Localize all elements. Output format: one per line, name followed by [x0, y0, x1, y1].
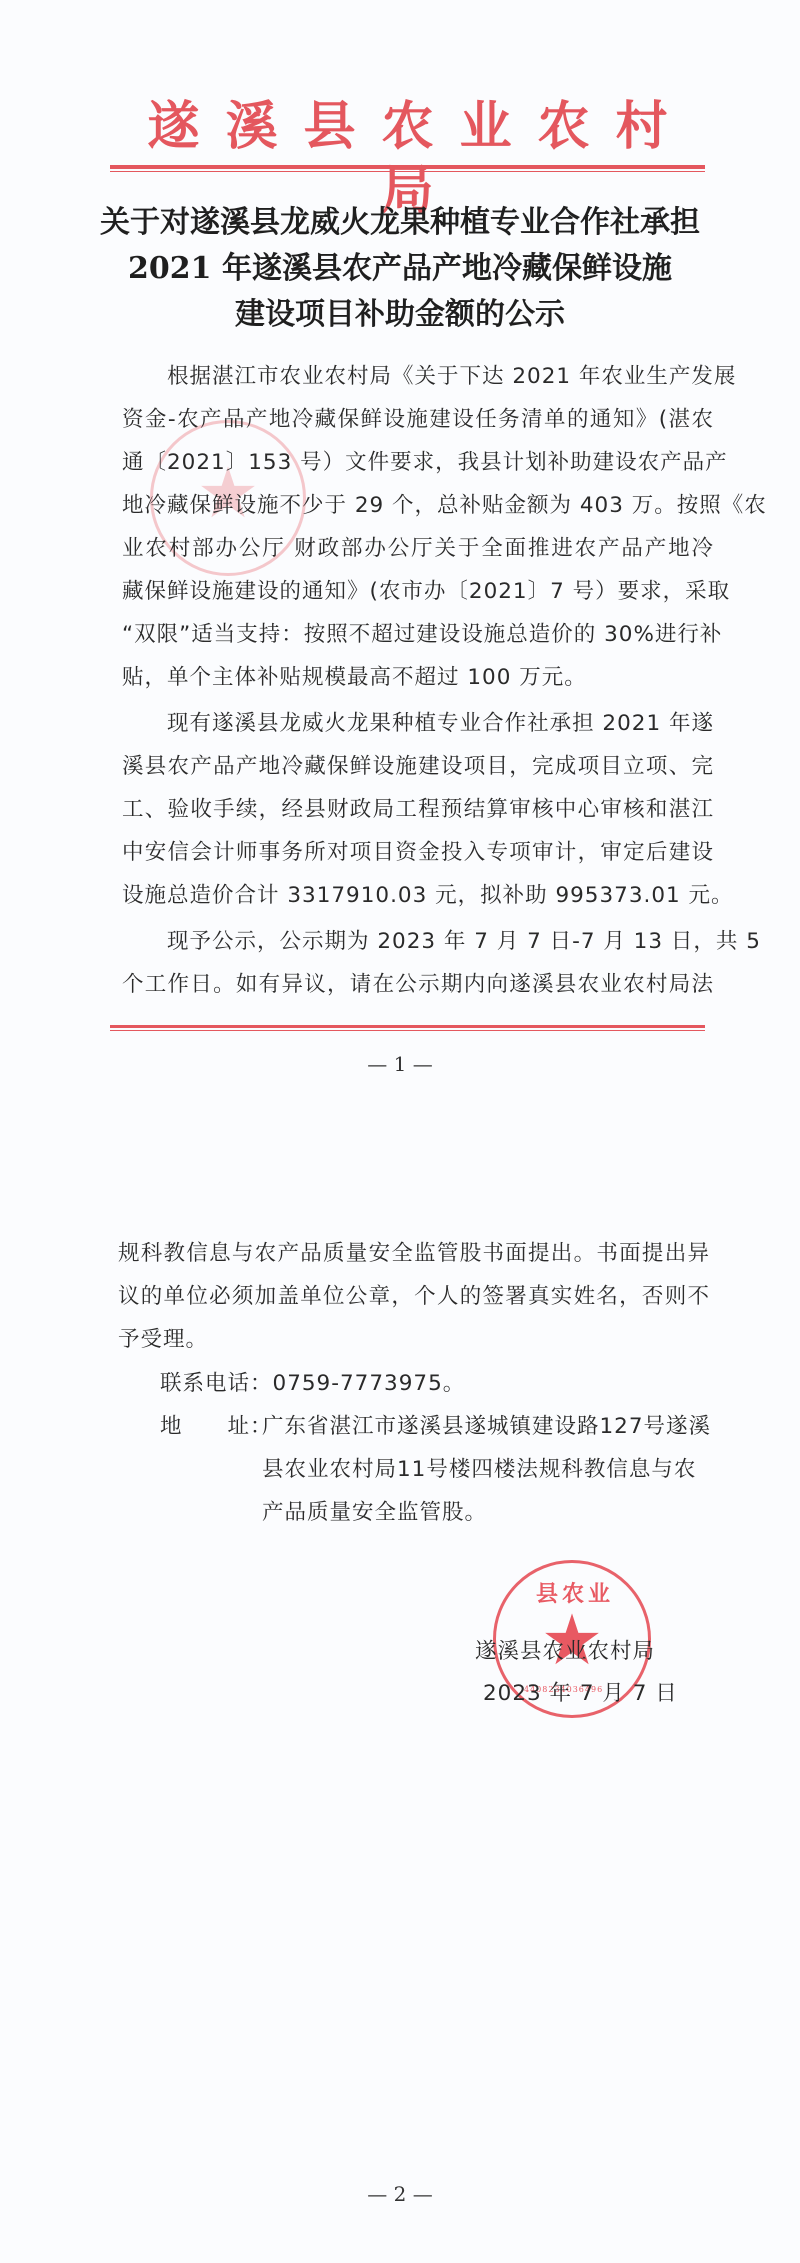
phone-label: 联系电话：	[160, 1371, 273, 1396]
body-line: 业农村部办公厅 财政部办公厅关于全面推进农产品产地冷	[122, 527, 714, 570]
body-line: 中安信会计师事务所对项目资金投入专项审计，审定后建设	[122, 831, 714, 874]
document-title: 关于对遂溪县龙威火龙果种植专业合作社承担 2021 年遂溪县农产品产地冷藏保鲜设…	[80, 200, 720, 338]
signature-date: 2023 年 7 月 7 日	[483, 1674, 678, 1714]
address-line: 县农业农村局11号楼四楼法规科教信息与农	[262, 1450, 696, 1490]
body-line: 予受理。	[118, 1318, 710, 1361]
body-line: 溪县农产品产地冷藏保鲜设施建设项目，完成项目立项、完	[122, 745, 714, 788]
body-line: “双限”适当支持：按照不超过建设设施总造价的 30%进行补	[122, 613, 714, 656]
body-line: 贴，单个主体补贴规模最高不超过 100 万元。	[122, 656, 714, 699]
body-line: 根据湛江市农业农村局《关于下达 2021 年农业生产发展	[122, 355, 714, 398]
body-line: 通〔2021〕153 号）文件要求，我县计划补助建设农产品产	[122, 441, 714, 484]
body-line: 规科教信息与农产品质量安全监管股书面提出。书面提出异	[118, 1232, 710, 1275]
title-line-3: 建设项目补助金额的公示	[80, 292, 720, 338]
body-line: 现予公示，公示期为 2023 年 7 月 7 日-7 月 13 日，共 5	[122, 920, 714, 963]
body-line: 藏保鲜设施建设的通知》(农市办〔2021〕7 号）要求，采取	[122, 570, 714, 613]
title-line-2: 2021 年遂溪县农产品产地冷藏保鲜设施	[80, 246, 720, 292]
contact-phone: 联系电话：0759-7773975。	[160, 1364, 465, 1404]
page-number: — 1 —	[0, 1052, 800, 1076]
page-number: — 2 —	[0, 2182, 800, 2206]
body-line: 地冷藏保鲜设施不少于 29 个，总补贴金额为 403 万。按照《农	[122, 484, 714, 527]
address-line: 产品质量安全监管股。	[262, 1493, 487, 1533]
address-line: 广东省湛江市遂溪县遂城镇建设路127号遂溪	[262, 1407, 711, 1447]
body-line: 议的单位必须加盖单位公章，个人的签署真实姓名，否则不	[118, 1275, 710, 1318]
body-line: 资金-农产品产地冷藏保鲜设施建设任务清单的通知》(湛农	[122, 398, 714, 441]
body-line: 现有遂溪县龙威火龙果种植专业合作社承担 2021 年遂	[122, 702, 714, 745]
body-line: 工、验收手续，经县财政局工程预结算审核中心审核和湛江	[122, 788, 714, 831]
phone-value: 0759-7773975。	[273, 1371, 466, 1396]
title-line-1: 关于对遂溪县龙威火龙果种植专业合作社承担	[80, 200, 720, 246]
signature-org: 遂溪县农业农村局	[475, 1632, 655, 1672]
body-line: 个工作日。如有异议，请在公示期内向遂溪县农业农村局法	[122, 963, 714, 1006]
body-line: 设施总造价合计 3317910.03 元，拟补助 995373.01 元。	[122, 874, 714, 917]
footer-divider	[110, 1025, 705, 1031]
letterhead-divider	[110, 165, 705, 172]
address-label: 地 址：	[160, 1407, 273, 1447]
